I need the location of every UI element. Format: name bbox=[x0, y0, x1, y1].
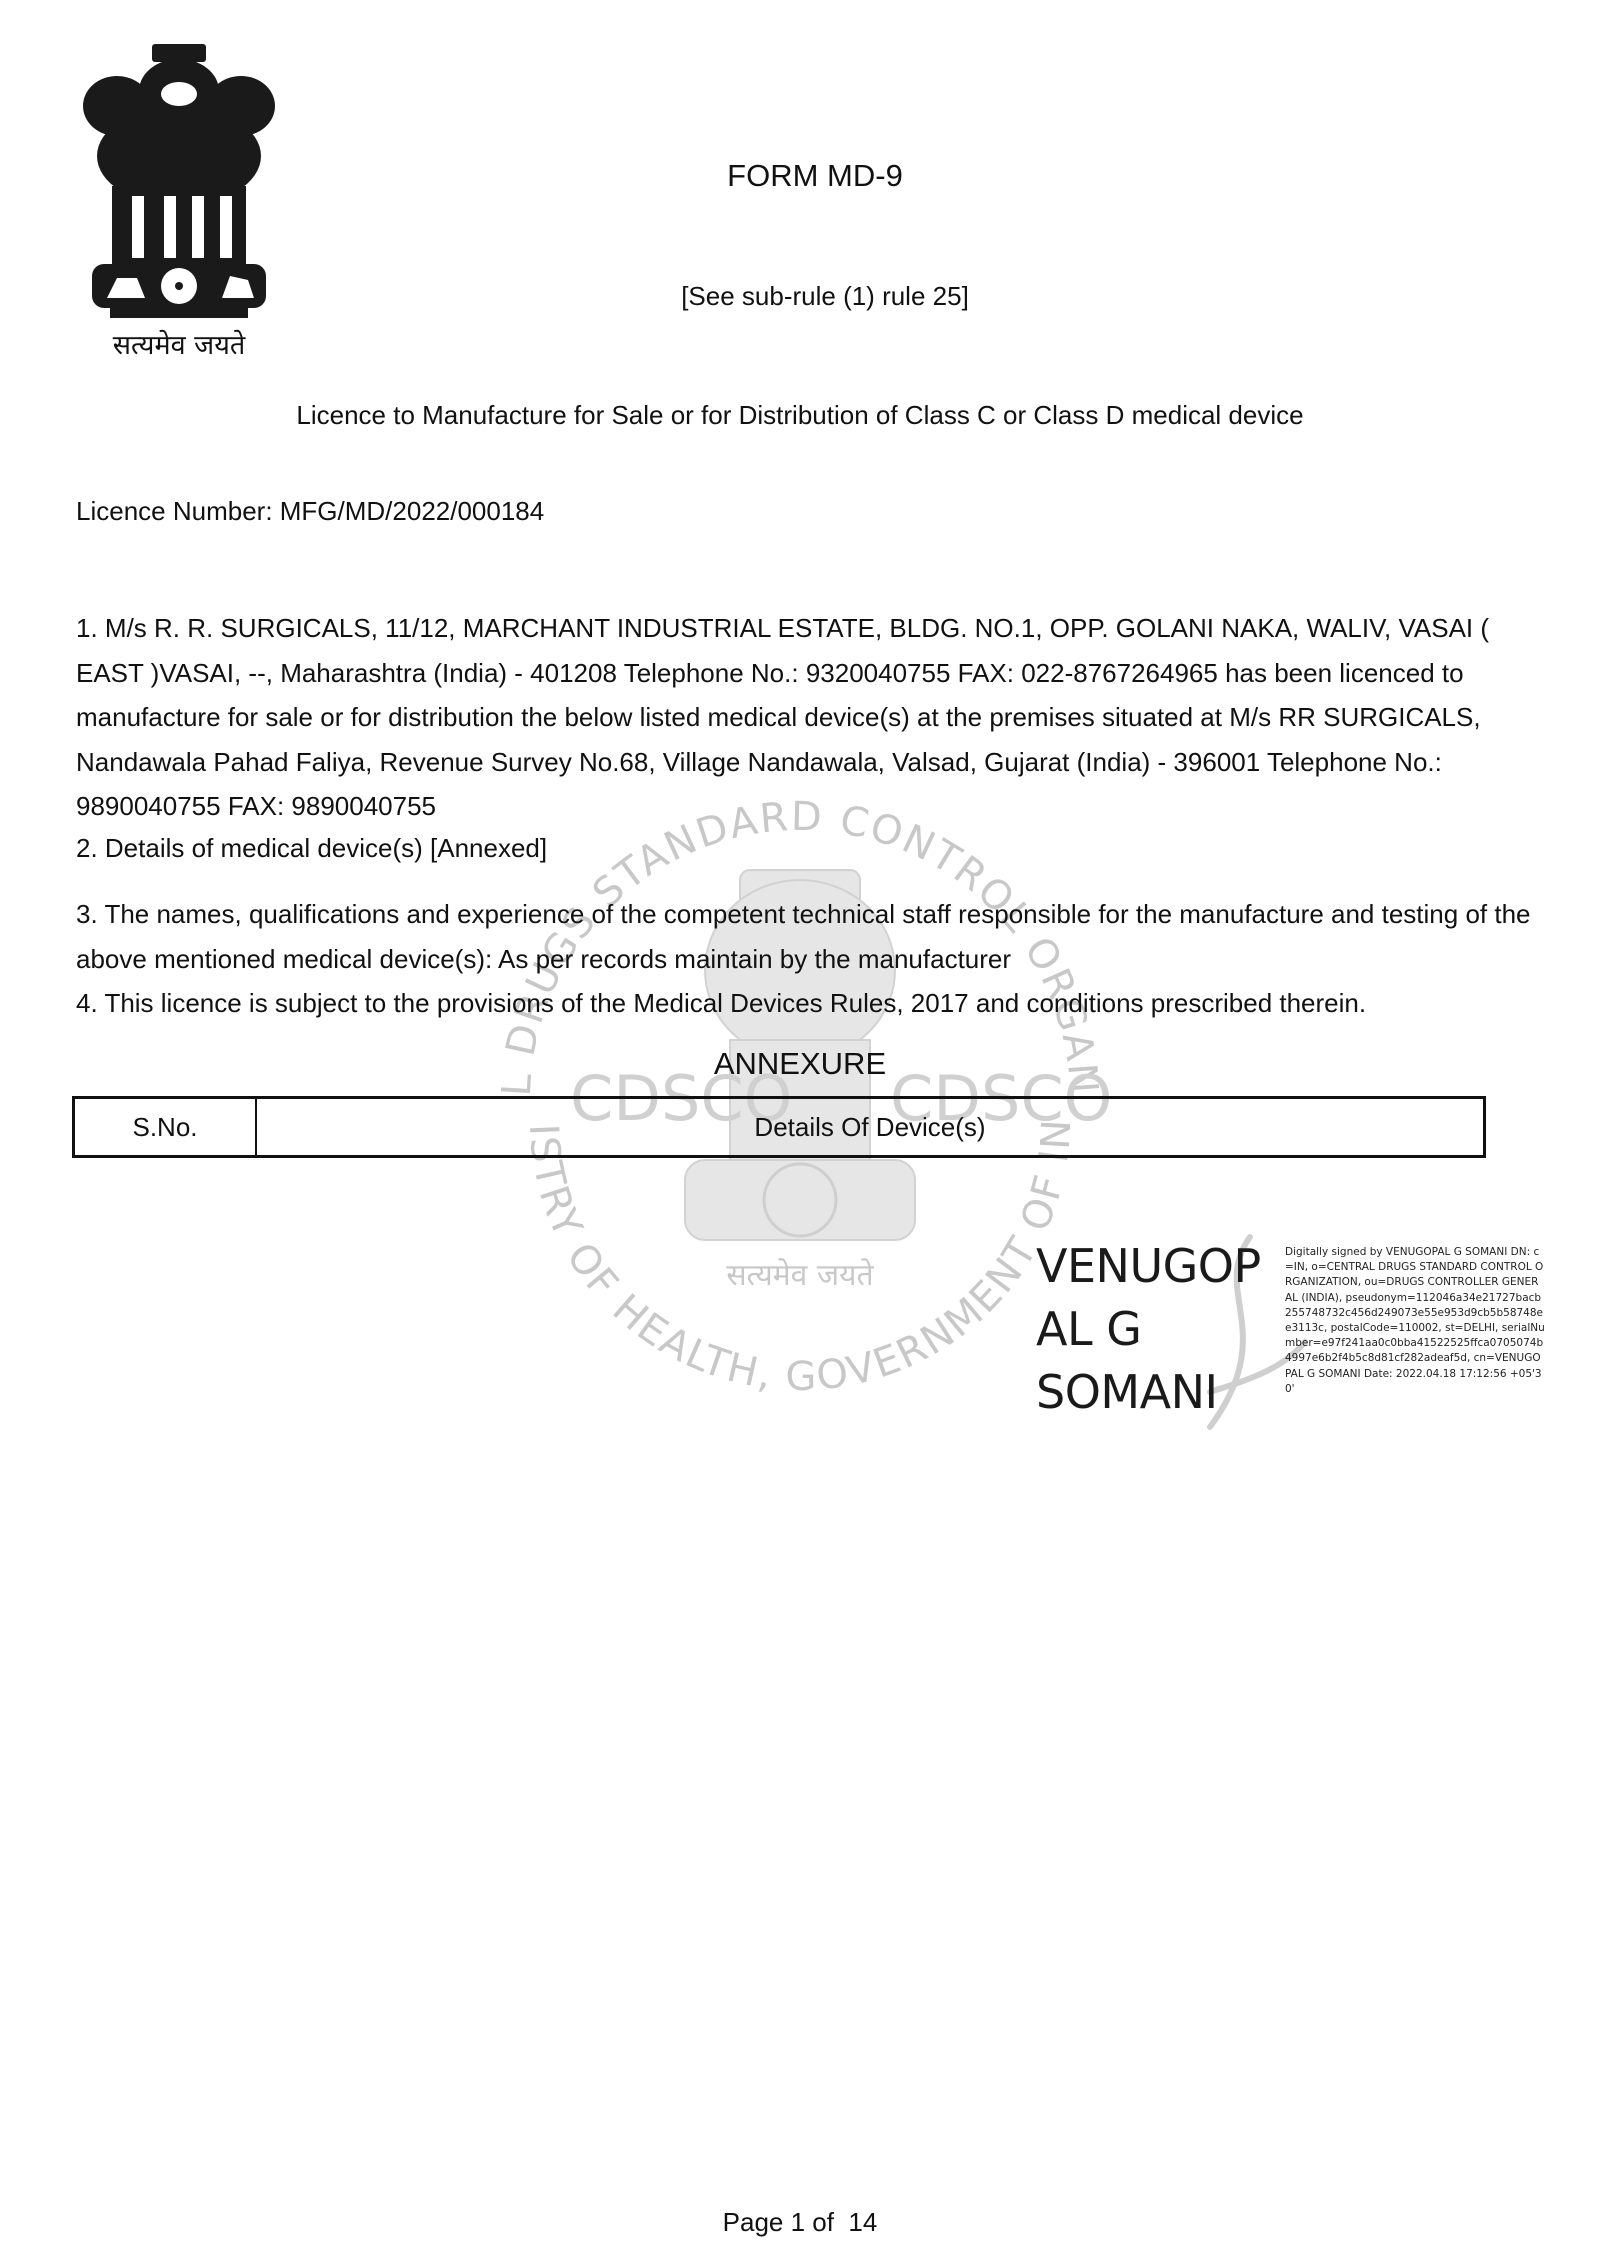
annexure-table: S.No. Details Of Device(s) bbox=[72, 1096, 1486, 1158]
sub-rule-reference: [See sub-rule (1) rule 25] bbox=[0, 281, 1600, 312]
form-title: FORM MD-9 bbox=[0, 158, 1600, 194]
page-number: Page 1 of 14 bbox=[0, 2207, 1600, 2238]
signatory-name-line: SOMANI bbox=[1036, 1361, 1261, 1424]
signatory-name-line: AL G bbox=[1036, 1298, 1261, 1361]
paragraph-licensee-details: 1. M/s R. R. SURGICALS, 11/12, MARCHANT … bbox=[76, 606, 1556, 829]
paragraph-device-details: 2. Details of medical device(s) [Annexed… bbox=[76, 826, 1556, 871]
paragraph-licence-conditions: 4. This licence is subject to the provis… bbox=[76, 981, 1556, 1026]
svg-text:सत्यमेव जयते: सत्यमेव जयते bbox=[726, 1258, 874, 1293]
signatory-name: VENUGOP AL G SOMANI bbox=[1036, 1235, 1261, 1424]
state-emblem-icon bbox=[72, 36, 286, 366]
annexure-title: ANNEXURE bbox=[0, 1046, 1600, 1082]
column-header-serial-number: S.No. bbox=[75, 1099, 257, 1155]
paragraph-technical-staff: 3. The names, qualifications and experie… bbox=[76, 892, 1556, 981]
column-header-device-details: Details Of Device(s) bbox=[257, 1099, 1483, 1155]
digital-signature-details: Digitally signed by VENUGOPAL G SOMANI D… bbox=[1285, 1245, 1545, 1397]
licence-title: Licence to Manufacture for Sale or for D… bbox=[0, 400, 1600, 431]
licence-number: Licence Number: MFG/MD/2022/000184 bbox=[76, 496, 544, 527]
signatory-name-line: VENUGOP bbox=[1036, 1235, 1261, 1298]
emblem-motto: सत्यमेव जयते bbox=[72, 325, 286, 362]
